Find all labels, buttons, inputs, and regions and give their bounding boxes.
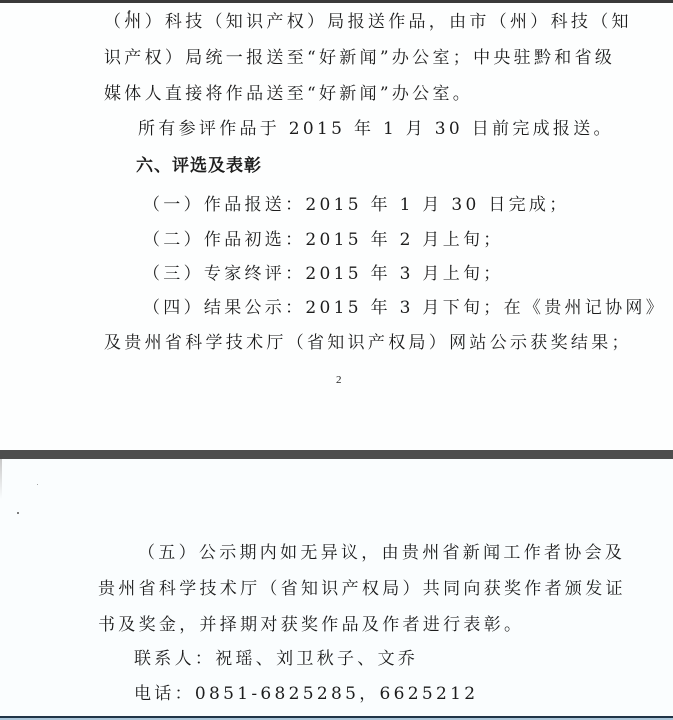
section-heading: 六、评选及表彰 [136,155,262,177]
schedule-item: （二）作品初选：2015 年 2 月上旬； [143,229,504,251]
schedule-item: （四）结果公示：2015 年 3 月下旬；在《贵州记协网》 [143,297,666,319]
submission-deadline-line: 所有参评作品于 2015 年 1 月 30 日前完成报送。 [138,118,614,140]
document-page-3: （五）公示期内如无异议，由贵州省新闻工作者协会及 贵州省科学技术厅（省知识产权局… [0,459,673,716]
paragraph-line: 及贵州省科学技术厅（省知识产权局）网站公示获奖结果； [104,332,632,354]
page-separator [0,450,673,459]
paragraph-line: 书及奖金，并择期对获奖作品及作者进行表彰。 [98,614,524,636]
schedule-item: （三）专家终评：2015 年 3 月上旬； [143,263,504,285]
document-page-2: （州）科技（知识产权）局报送作品，由市（州）科技（知 识产权）局统一报送至“好新… [0,3,673,450]
schedule-item: （一）作品报送：2015 年 1 月 30 日完成； [143,194,570,216]
paragraph-line: （五）公示期内如无异议，由贵州省新闻工作者协会及 [138,542,625,564]
paragraph-line: 媒体人直接将作品送至“好新闻”办公室。 [104,83,473,105]
paragraph-line: 识产权）局统一报送至“好新闻”办公室；中央驻黔和省级 [104,47,615,69]
contact-phone: 电话：0851-6825285，6625212 [134,683,478,705]
scan-speck [37,484,38,485]
scan-speck [17,512,19,514]
contact-persons: 联系人：祝瑶、刘卫秋子、文乔 [134,648,418,670]
paragraph-line: 贵州省科学技术厅（省知识产权局）共同向获奖作者颁发证 [98,578,626,600]
page-edge-shadow [0,459,2,499]
paragraph-line: （州）科技（知识产权）局报送作品，由市（州）科技（知 [104,11,632,33]
page-number: 2 [336,374,342,386]
